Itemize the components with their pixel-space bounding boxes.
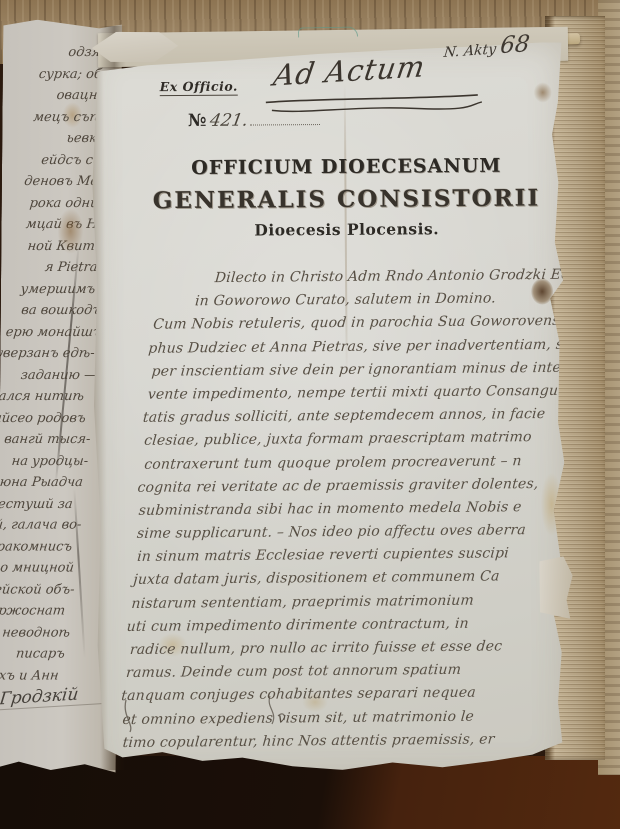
signature-grodzki: Гродзкій [0, 683, 110, 711]
margin-line: писаръ [0, 644, 66, 665]
archive-number-prefix: N. Akty [443, 41, 497, 61]
margin-line: уверзанъ едѣ- [0, 343, 94, 364]
margin-line: ейской объ- [0, 579, 76, 600]
dotted-rule [250, 110, 320, 125]
letterhead-line-3: Dioecesis Plocensis. [137, 218, 557, 240]
archive-number-value: 68 [499, 31, 531, 59]
body-line: Dilecto in Christo Adm Rndo Antonio Grod… [156, 263, 598, 290]
document-number-line: №421. [188, 110, 320, 131]
margin-line: заданию — [0, 364, 98, 385]
number-value: 421. [209, 111, 250, 131]
margin-line: ракомнисъ [0, 536, 73, 557]
letter-page: Ex Officio. Ad Actum №421. OFFICIUM DIOE… [87, 42, 566, 779]
margin-line: вангй тыся- [0, 429, 92, 450]
printed-letterhead: OFFICIUM DIOECESANUM GENERALIS CONSISTOR… [136, 154, 557, 240]
margin-line: обестушй за [0, 493, 74, 514]
letterhead-line-1: OFFICIUM DIOECESANUM [136, 154, 556, 179]
pen-curl-mark [120, 694, 320, 734]
handwritten-body: Dilecto in Christo Adm Rndo Antonio Grod… [120, 263, 598, 755]
number-sign: № [188, 111, 207, 131]
ex-officio-stamp: Ex Officio. [160, 79, 238, 97]
margin-line: ва вошкодъ [0, 300, 102, 321]
photo-of-archival-document: одзялка. сурка; обѣ- овацнаго мецъ съѣов… [0, 0, 620, 829]
margin-line: ерю монайшъ [0, 321, 103, 342]
stain [534, 82, 552, 102]
margin-line: айсео родовъ [0, 407, 87, 428]
margin-line: юна Рыадча [0, 472, 84, 493]
margin-line: й, галача во- [0, 515, 82, 536]
margin-line: ахъ и Анн [0, 665, 60, 686]
margin-line: въ неводноѣ [0, 622, 71, 643]
margin-line: ался нитиѣ [0, 386, 85, 407]
margin-line: въ Бржоснат [0, 601, 62, 622]
body-line: sime supplicarunt. – Nos ideo pio affect… [136, 519, 578, 546]
green-pencil-mark [298, 26, 358, 37]
margin-line: на уродцы- [0, 450, 89, 471]
margin-line: йло мницной [0, 558, 75, 579]
stain [57, 208, 83, 254]
letterhead-line-2: GENERALIS CONSISTORII [136, 184, 556, 214]
margin-line: я Pietras| [3, 257, 109, 278]
margin-line: умершимъ [1, 278, 96, 299]
